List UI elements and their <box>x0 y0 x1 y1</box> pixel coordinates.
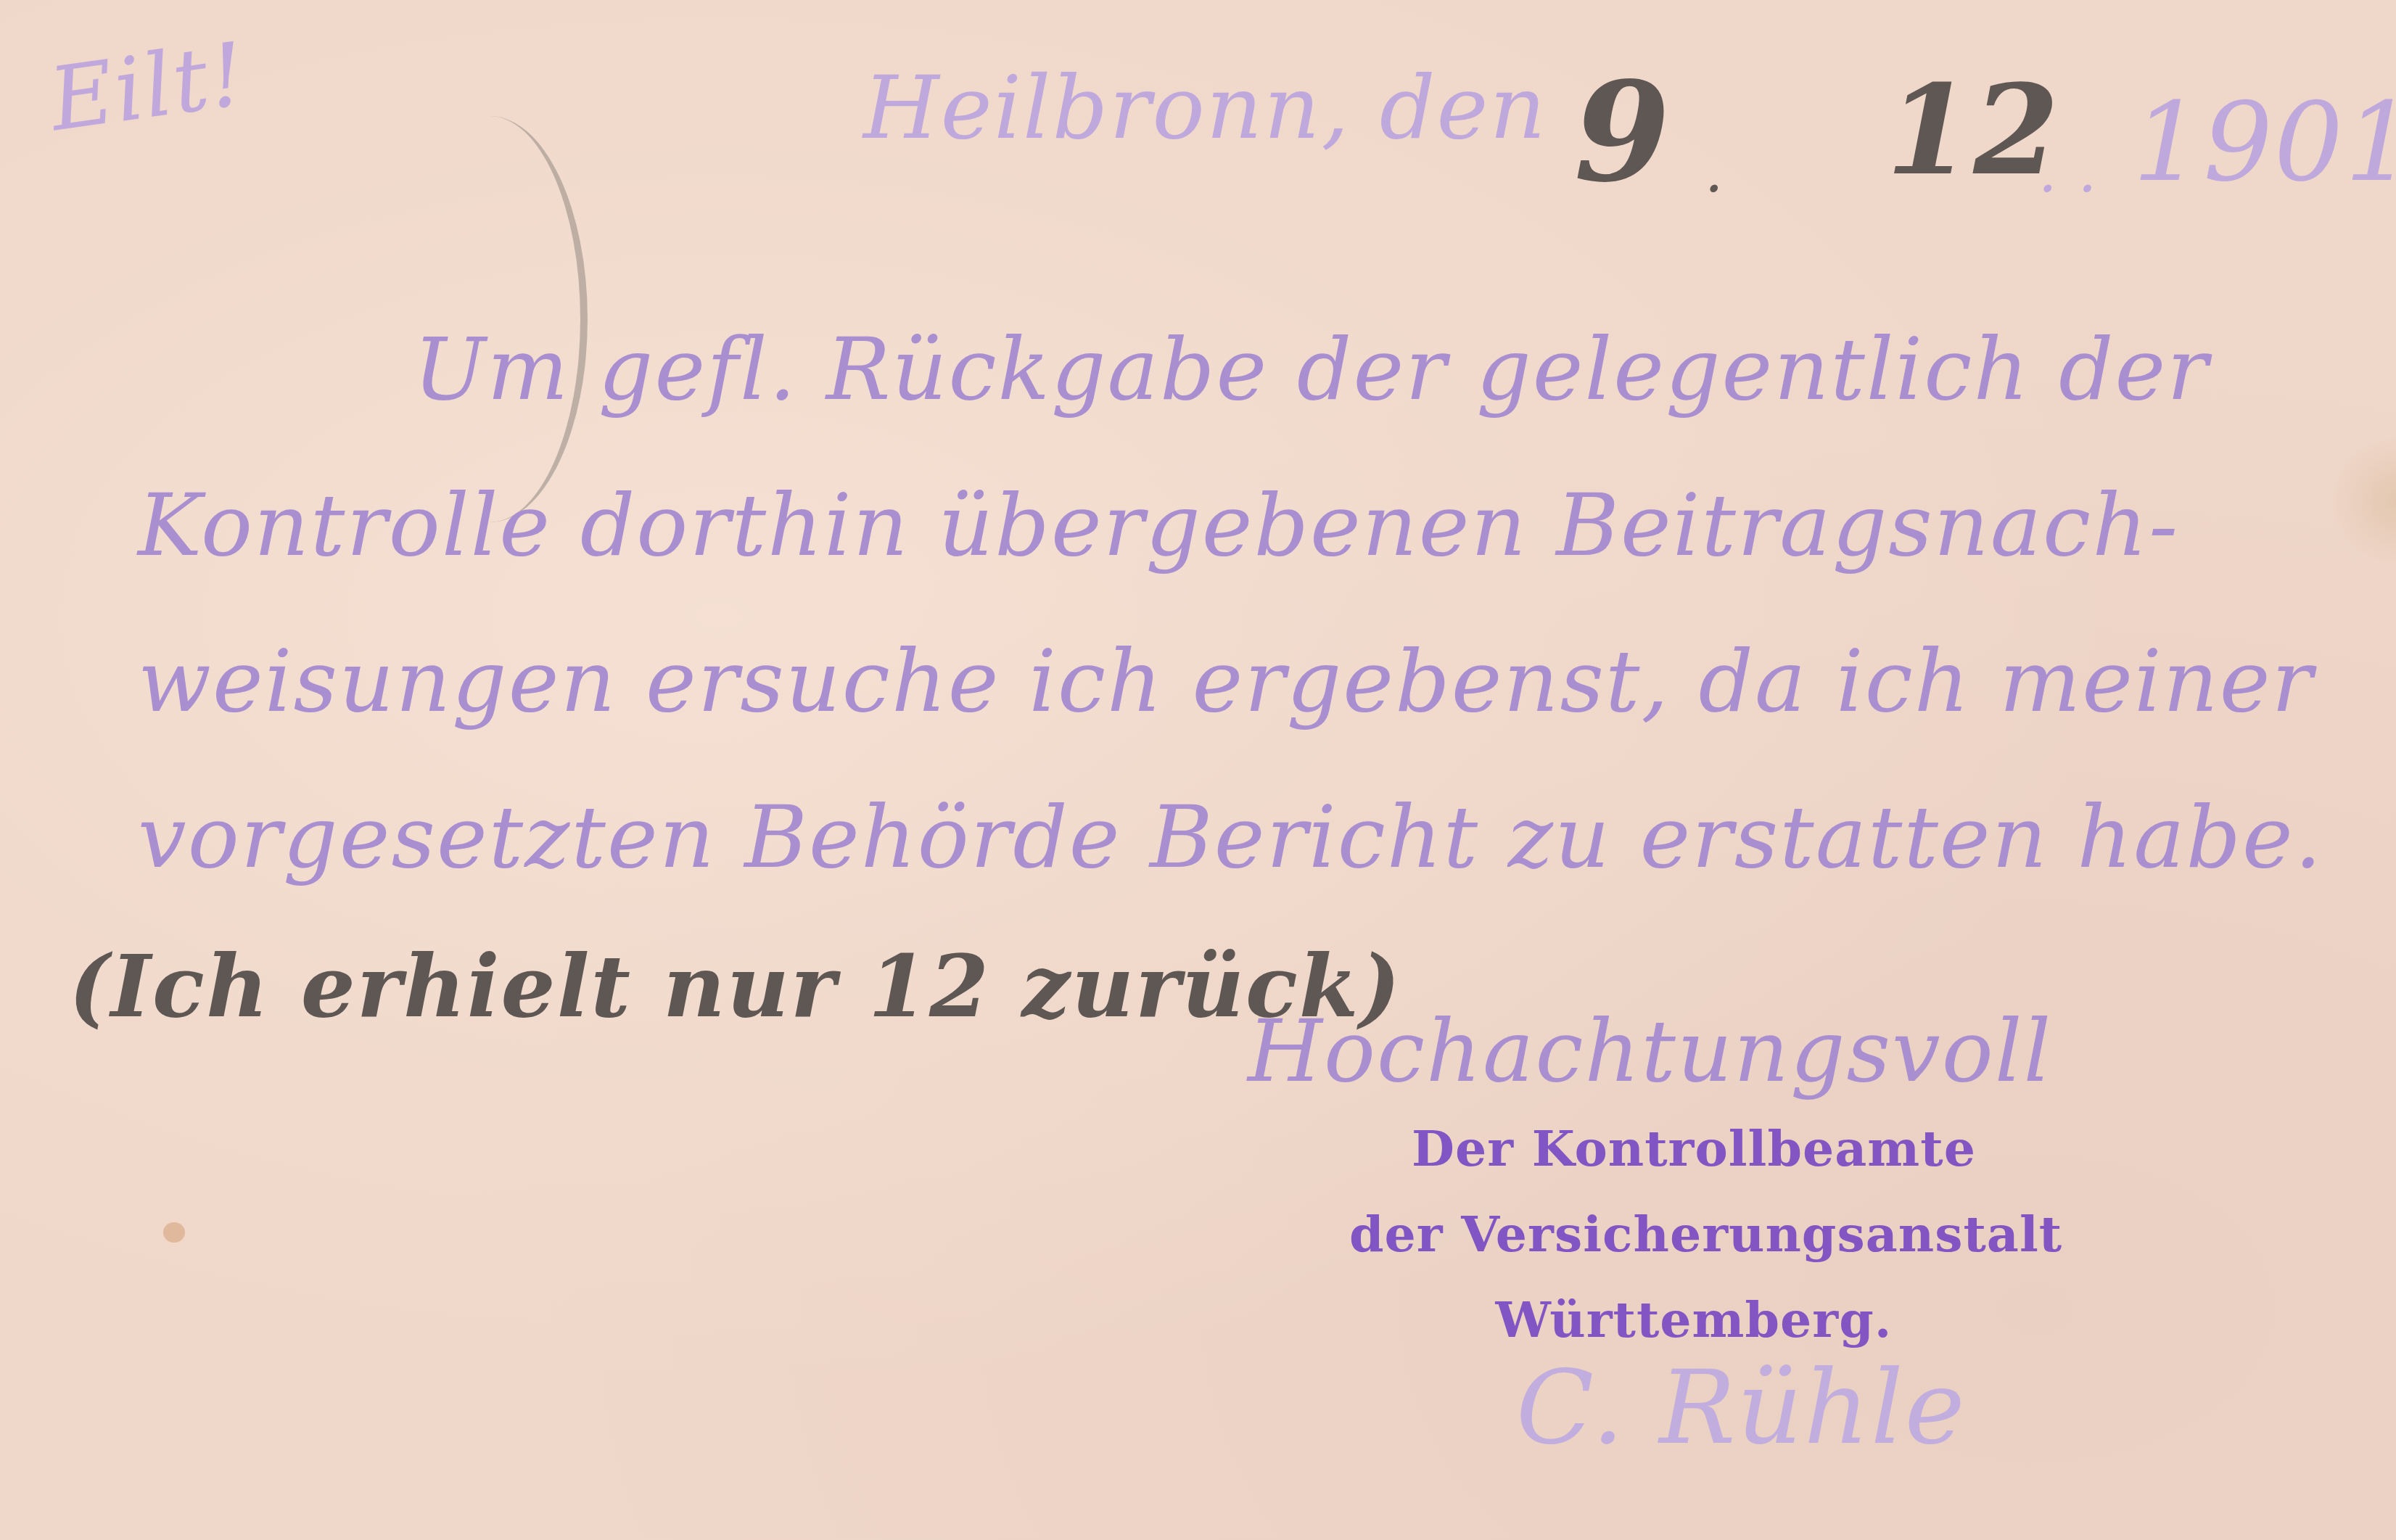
edge-stain <box>2331 435 2396 566</box>
body-line: Kontrolle dorthin übergebenen Beitragsna… <box>138 475 2179 575</box>
body-line: vorgesetzten Behörde Bericht zu erstatte… <box>138 787 2323 887</box>
dateline-place: Heilbronn, den <box>863 58 1547 159</box>
official-stamp: Der Kontrollbeamte der Versicherungsanst… <box>1349 1106 2038 1363</box>
closing-salutation: Hochachtungsvoll <box>1248 1001 2052 1101</box>
body-line: Um gefl. Rückgabe der gelegentlich der <box>413 319 2210 419</box>
paper-stain <box>163 1222 185 1243</box>
dateline-day: 9 <box>1574 51 1671 213</box>
dateline-separator: . <box>1705 138 1724 205</box>
dateline-month: 12 <box>1886 58 2061 203</box>
stamp-line: der Versicherungsanstalt <box>1349 1192 2038 1277</box>
dateline-year: 1901 <box>2133 80 2396 206</box>
urgent-annotation: Eilt! <box>44 24 252 151</box>
signature: C. Rühle <box>1516 1349 1967 1467</box>
dateline-separator: . . <box>2038 138 2098 205</box>
dark-ink-note: (Ich erhielt nur 12 zurück) <box>69 936 1401 1037</box>
postcard: Eilt! Heilbronn, den 9 . 12 . . 1901 Um … <box>0 0 2396 1540</box>
stamp-line: Der Kontrollbeamte <box>1349 1106 2038 1192</box>
body-line: weisungen ersuche ich ergebenst, da ich … <box>138 631 2314 731</box>
